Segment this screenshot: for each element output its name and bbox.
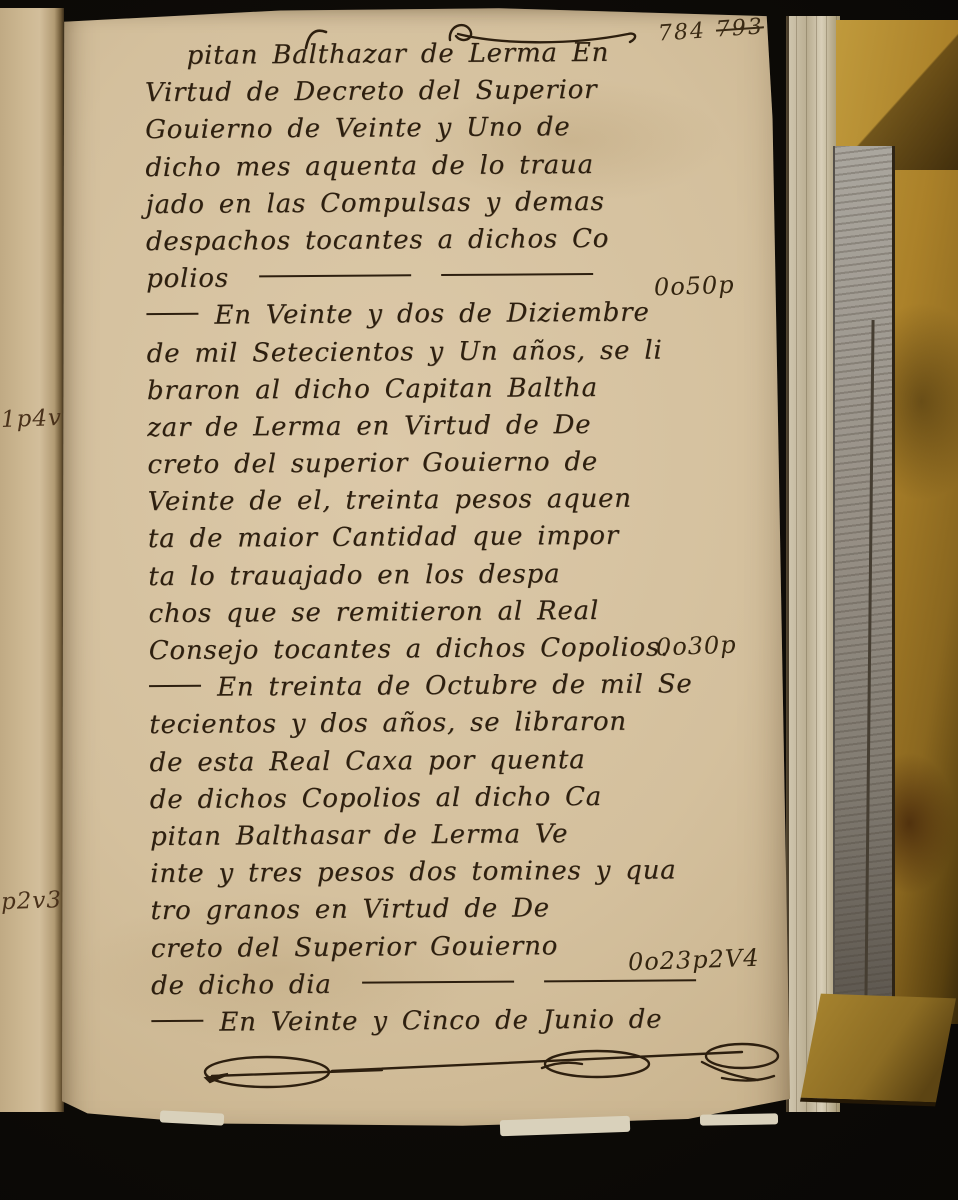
manuscript-text: creto del superior Gouierno de xyxy=(147,444,598,483)
filler-rule xyxy=(259,274,411,277)
manuscript-text: Veinte de el, treinta pesos aquen xyxy=(148,481,632,520)
margin-note: 1p4v xyxy=(1,405,63,433)
manuscript-line: inte y tres pesos dos tomines y qua xyxy=(150,852,756,893)
manuscript-text: tecientos y dos años, se libraron xyxy=(149,704,627,743)
parchment-spine-strip xyxy=(833,146,895,1012)
manuscript-line: tro granos en Virtud de De xyxy=(150,889,756,930)
manuscript-line: despachos tocantes a dichos Co xyxy=(146,220,752,261)
manuscript-line: creto del superior Gouierno de xyxy=(147,443,753,484)
manuscript-photo: 1p4vp2v3. 784 793 pitan Balthazar de Ler… xyxy=(0,0,958,1200)
manuscript-text: zar de Lerma en Virtud de De xyxy=(147,407,591,446)
manuscript-text: creto del Superior Gouierno xyxy=(151,928,559,967)
manuscript-text: despachos tocantes a dichos Co xyxy=(146,221,610,260)
margin-amount: 0o30p xyxy=(656,631,738,662)
manuscript-line: ta lo trauajado en los despa xyxy=(148,555,754,596)
manuscript-text: dicho mes aquenta de lo traua xyxy=(145,147,594,186)
manuscript-text: polios xyxy=(146,261,229,298)
manuscript-text: En treinta de Octubre de mil Se xyxy=(217,667,693,706)
manuscript-text: inte y tres pesos dos tomines y qua xyxy=(150,853,676,893)
paper-fragment xyxy=(500,1116,630,1137)
manuscript-text: de dicho dia xyxy=(151,967,332,1004)
manuscript-text: de mil Setecientos y Un años, se li xyxy=(147,332,663,372)
margin-amount: 0o23p2V4 xyxy=(628,944,760,977)
manuscript-text: En Veinte y Cinco de Junio de xyxy=(219,1001,662,1040)
manuscript-line: dicho mes aquenta de lo traua xyxy=(145,145,751,186)
manuscript-text: chos que se remitieron al Real xyxy=(148,593,599,632)
manuscript-text: pitan Balthasar de Lerma Ve xyxy=(150,816,568,855)
manuscript-line: En Veinte y Cinco de Junio de xyxy=(151,1001,757,1042)
vellum-bottom-flap xyxy=(800,994,956,1107)
manuscript-text: tro granos en Virtud de De xyxy=(150,891,550,930)
filler-rule xyxy=(362,980,514,983)
manuscript-line: de mil Setecientos y Un años, se li xyxy=(147,331,753,372)
manuscript-page: 784 793 pitan Balthazar de Lerma EnVirtu… xyxy=(62,6,790,1128)
bottom-flourish xyxy=(182,1038,782,1108)
manuscript-text: Consejo tocantes a dichos Copolios. xyxy=(149,629,670,669)
filler-rule xyxy=(544,979,696,982)
manuscript-line: Veinte de el, treinta pesos aquen xyxy=(148,480,754,521)
manuscript-line: de dichos Copolios al dicho Ca xyxy=(150,778,756,819)
facing-page-edge: 1p4vp2v3. xyxy=(0,8,64,1112)
torn-page-edges xyxy=(786,16,840,1112)
filler-rule xyxy=(441,273,593,276)
paper-fragment xyxy=(700,1113,778,1125)
manuscript-line: tecientos y dos años, se libraron xyxy=(149,703,755,744)
manuscript-line: zar de Lerma en Virtud de De xyxy=(147,406,753,447)
manuscript-line: En treinta de Octubre de mil Se xyxy=(149,666,755,707)
manuscript-text: ta lo trauajado en los despa xyxy=(148,556,560,595)
manuscript-line: de esta Real Caxa por quenta xyxy=(149,740,755,781)
entry-dash xyxy=(146,313,198,315)
manuscript-text: jado en las Compulsas y demas xyxy=(146,184,605,223)
manuscript-line: Virtud de Decreto del Superior xyxy=(145,71,751,112)
manuscript-text: Virtud de Decreto del Superior xyxy=(145,72,598,111)
manuscript-line: pitan Balthasar de Lerma Ve xyxy=(150,815,756,856)
manuscript-line: chos que se remitieron al Real xyxy=(148,592,754,633)
margin-amount: 0o50p xyxy=(654,271,736,302)
manuscript-text: de esta Real Caxa por quenta xyxy=(149,742,585,781)
manuscript-text: ta de maior Cantidad que impor xyxy=(148,518,619,557)
paper-fragment xyxy=(160,1110,225,1125)
manuscript-text: pitan Balthazar de Lerma En xyxy=(145,35,610,74)
entry-dash xyxy=(151,1020,203,1022)
manuscript-text: de dichos Copolios al dicho Ca xyxy=(150,779,602,818)
manuscript-text: Gouierno de Veinte y Uno de xyxy=(145,110,571,149)
manuscript-line: braron al dicho Capitan Baltha xyxy=(147,369,753,410)
manuscript-text: braron al dicho Capitan Baltha xyxy=(147,370,598,409)
text-column: pitan Balthazar de Lerma EnVirtud de Dec… xyxy=(145,34,758,1042)
manuscript-text: En Veinte y dos de Diziembre xyxy=(214,295,649,334)
entry-dash xyxy=(149,685,201,687)
manuscript-line: pitan Balthazar de Lerma En xyxy=(145,34,751,75)
manuscript-line: jado en las Compulsas y demas xyxy=(146,183,752,224)
manuscript-line: ta de maior Cantidad que impor xyxy=(148,517,754,558)
manuscript-line: Gouierno de Veinte y Uno de xyxy=(145,108,751,149)
margin-note: p2v3. xyxy=(1,887,71,915)
